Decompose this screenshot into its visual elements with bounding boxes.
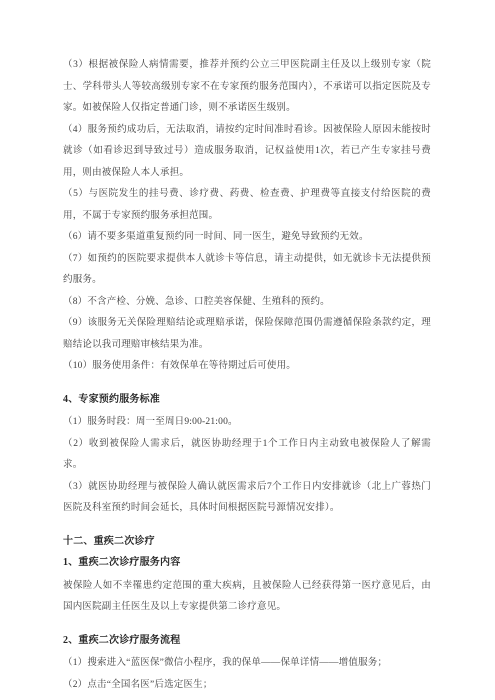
clause-7-patient-card: （7）如预约的医院要求提供本人就诊卡等信息，请主动提供，如无就诊卡无法提供预约服…	[63, 249, 431, 292]
clause-3-expert-booking: （3）根据被保险人病情需要，推荐并预约公立三甲医院副主任及以上级别专家（院士、学…	[63, 55, 431, 120]
process-step-2-select-doctor: （2）点击“全国名医”后选定医生；	[63, 675, 431, 697]
heading-second-opinion-process: 2、重疾二次诊疗服务流程	[63, 630, 431, 652]
standard-1-service-hours: （1）服务时段：周一至周日9:00-21:00。	[63, 412, 431, 434]
standard-2-callback: （2）收到被保险人需求后，就医协助经理于1个工作日内主动致电被保险人了解需求。	[63, 434, 431, 477]
heading-second-opinion-content: 1、重疾二次诊疗服务内容	[63, 552, 431, 574]
clause-10-usage-condition: （10）服务使用条件：有效保单在等待期过后可使用。	[63, 356, 431, 378]
document-page: （3）根据被保险人病情需要，推荐并预约公立三甲医院副主任及以上级别专家（院士、学…	[0, 0, 495, 700]
paragraph-second-opinion-content: 被保险人如不幸罹患约定范围的重大疾病，且被保险人已经获得第一医疗意见后，由国内医…	[63, 576, 431, 619]
clause-5-hospital-fees: （5）与医院发生的挂号费、诊疗费、药费、检查费、护理费等直接支付给医院的费用，不…	[63, 184, 431, 227]
clause-6-duplicate-booking: （6）请不要多渠道重复预约同一时间、同一医生，避免导致预约无效。	[63, 227, 431, 249]
heading-chapter-12-second-opinion: 十二、重疾二次诊疗	[63, 531, 431, 553]
clause-9-claims-disclaimer: （9）该服务无关保险理赔结论或理赔承诺，保险保障范围仍需遵循保险条款约定，理赔结…	[63, 313, 431, 356]
standard-3-arrangement: （3）就医协助经理与被保险人确认就医需求后7个工作日内安排就诊（北上广蓉热门医院…	[63, 477, 431, 520]
clause-8-exclusions: （8）不含产检、分娩、急诊、口腔美容保健、生殖科的预约。	[63, 292, 431, 314]
process-step-1-miniprogram: （1）搜索进入“蓝医保”微信小程序，我的保单——保单详情——增值服务；	[63, 653, 431, 675]
document-body: （3）根据被保险人病情需要，推荐并预约公立三甲医院副主任及以上级别专家（院士、学…	[63, 55, 431, 696]
clause-4-no-cancellation: （4）服务预约成功后，无法取消，请按约定时间准时看诊。因被保险人原因未能按时就诊…	[63, 120, 431, 185]
heading-expert-service-standard: 4、专家预约服务标准	[63, 389, 431, 411]
